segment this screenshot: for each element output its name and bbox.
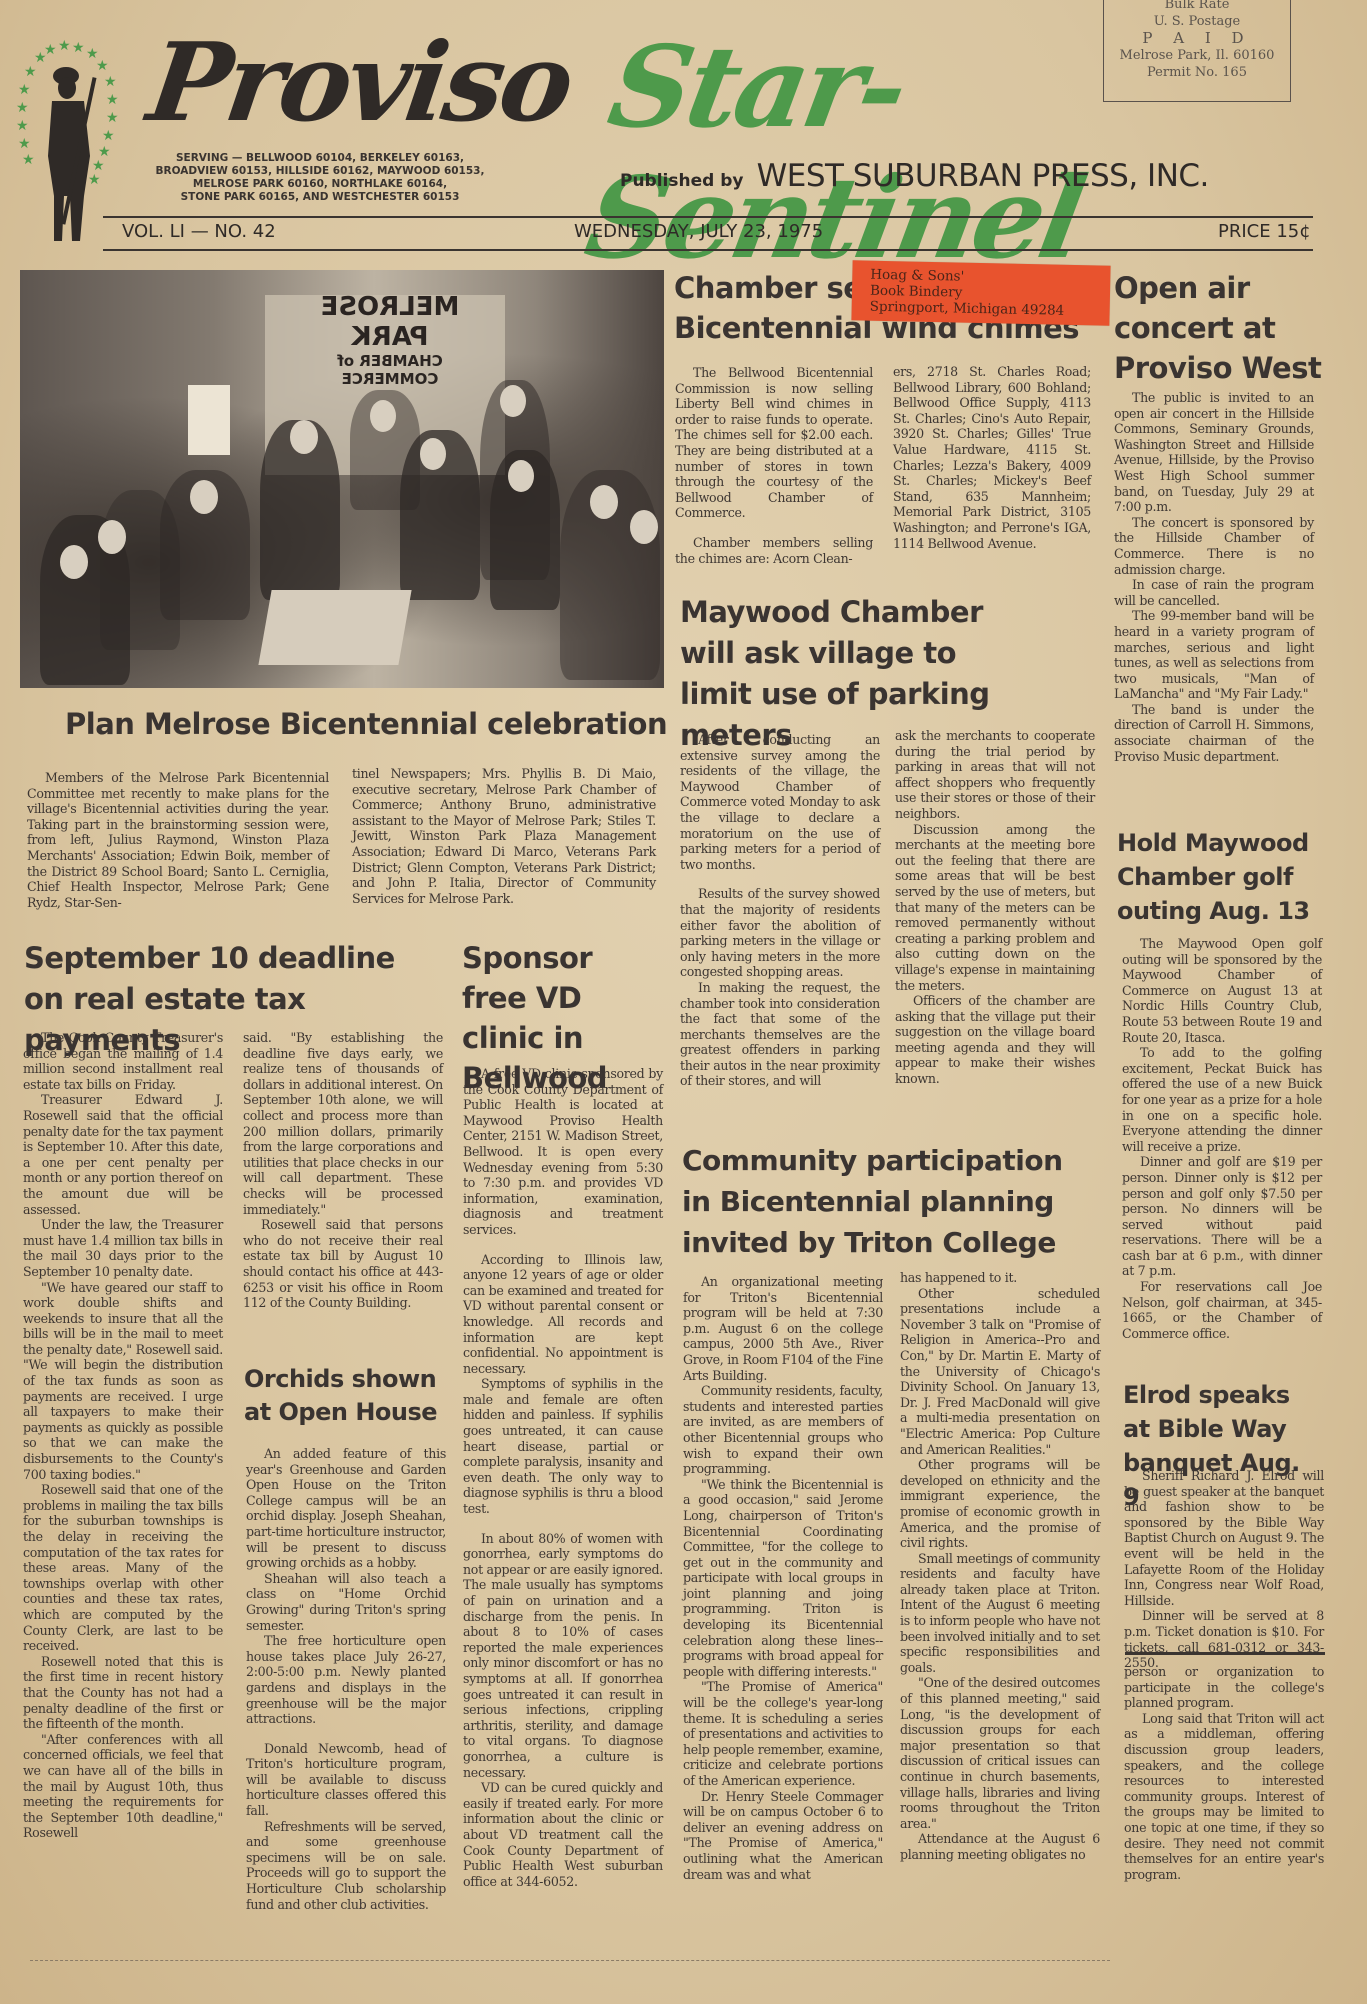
vd-body: A free VD clinic sponsored by the Cook C…	[463, 1066, 663, 1889]
svg-text:★: ★	[18, 136, 31, 152]
triton-col2: has happened to it. Other scheduled pres…	[900, 1270, 1100, 1863]
orchids-body: An added feature of this year's Greenhou…	[246, 1446, 446, 1912]
svg-text:★: ★	[16, 118, 29, 134]
publisher-name: WEST SUBURBAN PRESS, INC.	[757, 158, 1209, 194]
svg-text:★: ★	[16, 100, 29, 116]
serving-communities: SERVING — BELLWOOD 60104, BERKELEY 60163…	[150, 152, 490, 204]
melrose-committee-photo: MELROSE PARK CHAMBER of COMMERCE	[20, 270, 664, 688]
price: PRICE 15¢	[1218, 221, 1311, 242]
tax-col1: The Cook County Treasurer's office began…	[23, 1030, 223, 1841]
svg-text:★: ★	[106, 92, 119, 108]
masthead-top-rule	[103, 216, 1313, 218]
published-by-label: Published by	[620, 171, 743, 191]
melrose-headline: Plan Melrose Bicentennial celebration	[65, 707, 667, 741]
minuteman-with-stars-icon: ★★★ ★★★ ★★★ ★★★ ★★★ ★★★★	[14, 36, 119, 251]
triton-headline: Community participation in Bicentennial …	[682, 1140, 1082, 1263]
svg-text:★: ★	[96, 58, 109, 74]
elrod-end-rule	[1125, 1652, 1325, 1655]
concert-headline: Open air concert at Proviso West	[1114, 268, 1334, 388]
elrod-body: Sheriff Richard J. Elrod will be guest s…	[1124, 1468, 1324, 1671]
golf-body: The Maywood Open golf outing will be spo…	[1122, 936, 1322, 1341]
issue-date: WEDNESDAY, JULY 23, 1975	[574, 221, 823, 242]
orchids-headline: Orchids shown at Open House	[244, 1363, 444, 1429]
parking-col2: ask the merchants to cooperate during th…	[895, 728, 1095, 1087]
svg-text:★: ★	[102, 128, 115, 144]
masthead-title-proviso: Proviso	[141, 20, 577, 146]
triton-col1: An organizational meeting for Triton's B…	[683, 1274, 883, 1882]
bottom-dashed-rule	[30, 1960, 1110, 1961]
svg-text:★: ★	[72, 40, 85, 56]
triton-col3: person or organization to participate in…	[1124, 1664, 1324, 1882]
postage-paid-stamp: Bulk Rate U. S. Postage P A I D Melrose …	[1103, 0, 1291, 102]
svg-text:★: ★	[58, 38, 71, 54]
chamber-sign: MELROSE PARK CHAMBER of COMMERCE	[290, 292, 490, 388]
svg-text:★: ★	[24, 64, 37, 80]
svg-text:★: ★	[104, 74, 117, 90]
masthead: ★★★ ★★★ ★★★ ★★★ ★★★ ★★★★ Proviso Star-Se…	[0, 0, 1367, 250]
melrose-caption-col1: Members of the Melrose Park Bicentennial…	[27, 770, 329, 910]
publisher-line: Published by WEST SUBURBAN PRESS, INC.	[620, 158, 1209, 194]
tax-col2: said. "By establishing the deadline five…	[243, 1030, 443, 1311]
parking-col1: After conducting an extensive survey amo…	[680, 732, 880, 1089]
svg-text:★: ★	[18, 82, 31, 98]
svg-text:★: ★	[88, 172, 101, 188]
chimes-col2: ers, 2718 St. Charles Road; Bellwood Lib…	[893, 364, 1091, 551]
chimes-col1: The Bellwood Bicentennial Commission is …	[675, 365, 873, 566]
golf-headline: Hold Maywood Chamber golf outing Aug. 13	[1117, 826, 1337, 928]
volume-number: VOL. LI — NO. 42	[122, 221, 276, 242]
melrose-caption-col2: tinel Newspapers; Mrs. Phyllis B. Di Mai…	[352, 766, 656, 906]
svg-text:★: ★	[22, 152, 35, 168]
svg-text:★: ★	[106, 110, 119, 126]
concert-body: The public is invited to an open air con…	[1114, 390, 1314, 764]
mailing-address-label: Hoag & Sons' Book Bindery Springport, Mi…	[851, 260, 1110, 325]
masthead-bottom-rule	[103, 249, 1313, 251]
